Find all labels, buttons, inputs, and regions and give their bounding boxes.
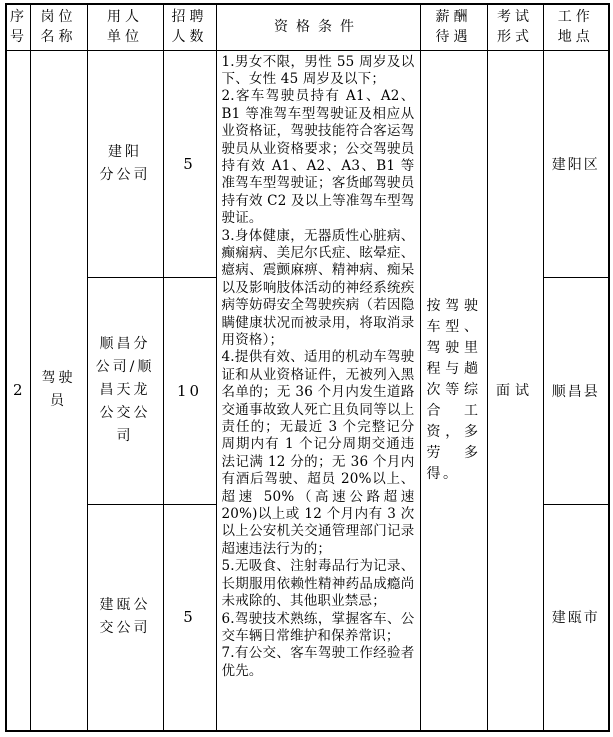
work-location-cell: 建阳区 — [543, 50, 609, 277]
exam-format-cell: 面试 — [487, 50, 543, 731]
header-qualifications: 资格条件 — [216, 4, 420, 50]
position-name-cell: 驾驶 员 — [30, 50, 87, 731]
serial-number-cell: 2 — [6, 50, 30, 731]
employer-cell: 建瓯公 交公司 — [87, 504, 163, 731]
employer-cell: 建阳 分公司 — [87, 50, 163, 277]
employer-cell: 顺昌分 公司/顺 昌天龙 公交公 司 — [87, 277, 163, 504]
table-header: 序 号 岗位 名称 用人 单位 招聘 人数 资格条件 薪酬 待遇 考试 形式 工… — [6, 4, 609, 50]
header-count: 招聘 人数 — [163, 4, 216, 50]
work-location-cell: 建瓯市 — [543, 504, 609, 731]
recruitment-table: 序 号 岗位 名称 用人 单位 招聘 人数 资格条件 薪酬 待遇 考试 形式 工… — [5, 3, 610, 732]
header-salary: 薪酬 待遇 — [420, 4, 487, 50]
header-employer: 用人 单位 — [87, 4, 163, 50]
qualifications-cell: 1.男女不限，男性 55 周岁及以下、女性 45 周岁及以下； 2.客车驾驶员持… — [216, 50, 420, 731]
recruit-count-cell: 5 — [163, 50, 216, 277]
recruit-count-cell: 5 — [163, 504, 216, 731]
recruit-count-cell: 10 — [163, 277, 216, 504]
table-row: 2 驾驶 员 建阳 分公司 5 1.男女不限，男性 55 周岁及以下、女性 45… — [6, 50, 609, 277]
work-location-cell: 顺昌县 — [543, 277, 609, 504]
salary-cell: 按驾驶车型、驾驶里程与趟次等综合工资，多劳多得。 — [420, 50, 487, 731]
header-position: 岗位 名称 — [30, 4, 87, 50]
table-body: 2 驾驶 员 建阳 分公司 5 1.男女不限，男性 55 周岁及以下、女性 45… — [6, 50, 609, 731]
header-row: 序 号 岗位 名称 用人 单位 招聘 人数 资格条件 薪酬 待遇 考试 形式 工… — [6, 4, 609, 50]
header-serial: 序 号 — [6, 4, 30, 50]
header-exam: 考试 形式 — [487, 4, 543, 50]
header-location: 工作 地点 — [543, 4, 609, 50]
